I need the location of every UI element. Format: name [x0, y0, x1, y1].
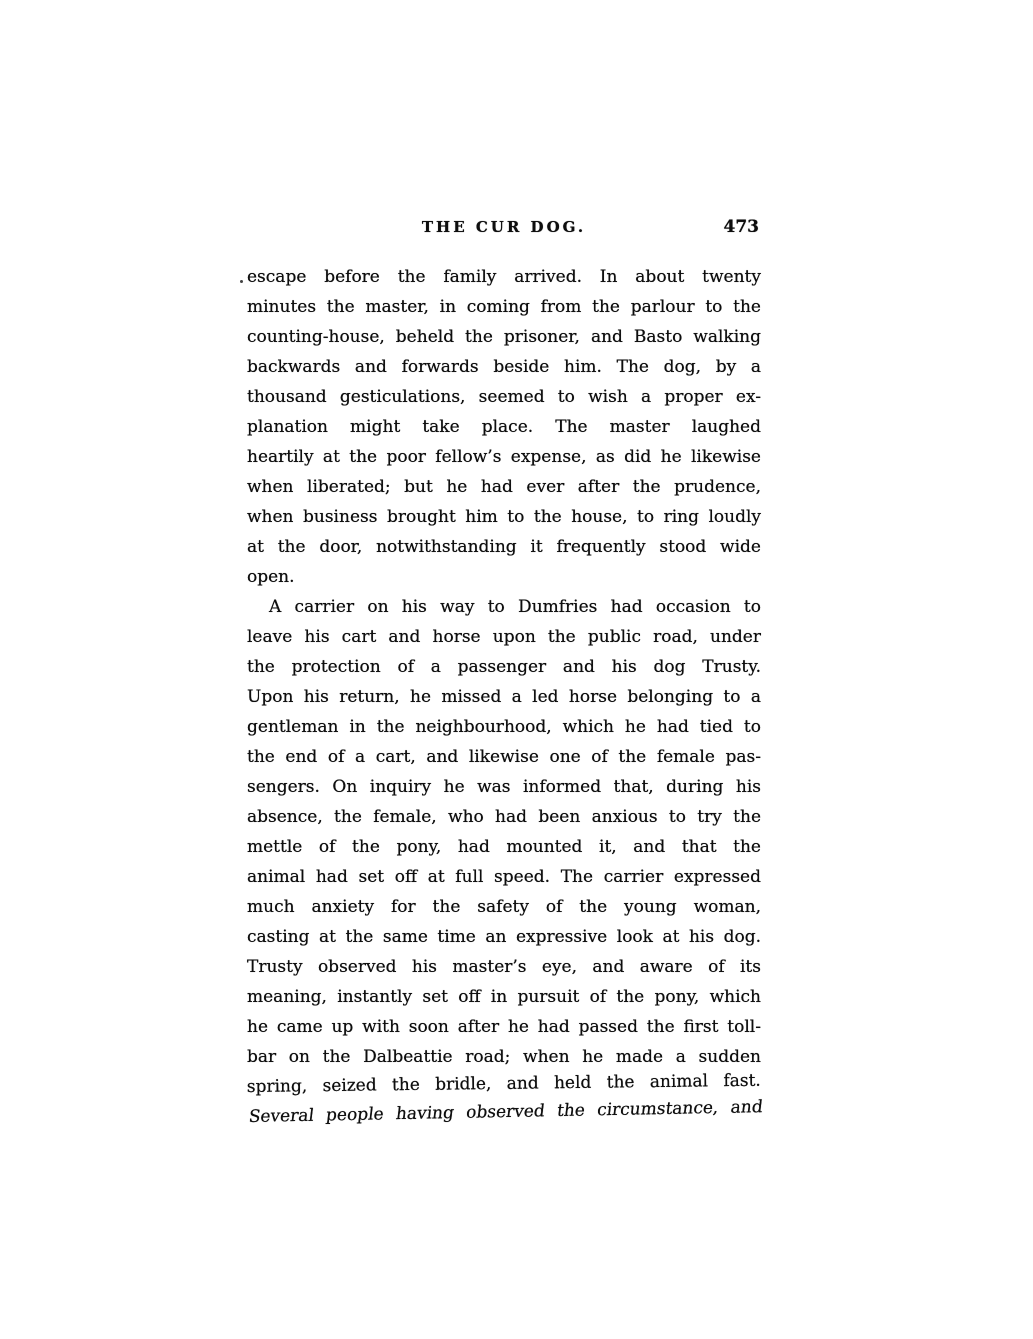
text-line: planation might take place. The master l… — [247, 412, 761, 442]
text-column: THE CUR DOG. 473 escape before the famil… — [247, 214, 761, 1132]
text-line: casting at the same time an expressive l… — [247, 922, 761, 952]
running-title: THE CUR DOG. — [247, 214, 761, 240]
text-line: backwards and forwards beside him. The d… — [247, 352, 761, 382]
page-text: escape before the family arrived. In abo… — [247, 262, 761, 1132]
text-line: at the door, notwithstanding it frequent… — [247, 532, 761, 562]
text-line: meaning, instantly set off in pursuit of… — [247, 982, 761, 1012]
text-line: when business brought him to the house, … — [247, 502, 761, 532]
book-page: THE CUR DOG. 473 escape before the famil… — [0, 0, 1033, 1339]
text-line: Trusty observed his master’s eye, and aw… — [247, 952, 761, 982]
text-line: when liberated; but he had ever after th… — [247, 472, 761, 502]
text-line: animal had set off at full speed. The ca… — [247, 862, 761, 892]
text-line: Upon his return, he missed a led horse b… — [247, 682, 761, 712]
text-line: thousand gesticulations, seemed to wish … — [247, 382, 761, 412]
text-line: escape before the family arrived. In abo… — [247, 262, 761, 292]
ink-speck — [240, 280, 243, 283]
text-line: A carrier on his way to Dumfries had occ… — [247, 592, 761, 622]
text-line: the protection of a passenger and his do… — [247, 652, 761, 682]
page-header: THE CUR DOG. 473 — [247, 214, 761, 240]
page-number: 473 — [724, 214, 760, 240]
text-line: heartily at the poor fellow’s expense, a… — [247, 442, 761, 472]
text-line: counting-house, beheld the prisoner, and… — [247, 322, 761, 352]
text-line: minutes the master, in coming from the p… — [247, 292, 761, 322]
text-line: gentleman in the neighbourhood, which he… — [247, 712, 761, 742]
text-line: open. — [247, 562, 761, 592]
text-line: sengers. On inquiry he was informed that… — [247, 772, 761, 802]
text-line: leave his cart and horse upon the public… — [247, 622, 761, 652]
text-line: the end of a cart, and likewise one of t… — [247, 742, 761, 772]
text-line: absence, the female, who had been anxiou… — [247, 802, 761, 832]
text-line: he came up with soon after he had passed… — [247, 1012, 761, 1042]
text-line: much anxiety for the safety of the young… — [247, 892, 761, 922]
text-line: mettle of the pony, had mounted it, and … — [247, 832, 761, 862]
